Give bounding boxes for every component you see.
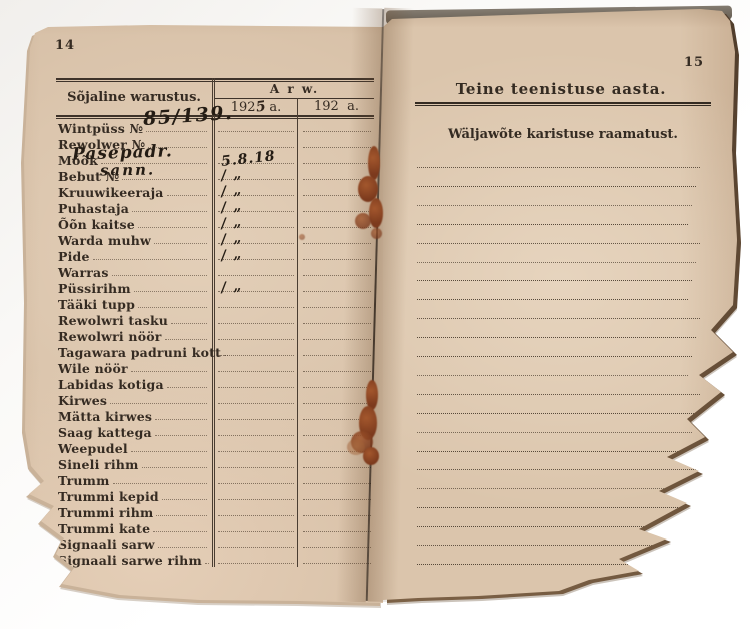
dotted-leader bbox=[162, 499, 207, 500]
table-row: Püssirihm/ „ bbox=[56, 279, 374, 295]
value-cell-year1 bbox=[212, 391, 297, 407]
item-label: Warda muhw bbox=[56, 234, 151, 247]
ruled-line bbox=[417, 280, 692, 281]
value-cell-year2 bbox=[297, 343, 374, 359]
value-cell-year2 bbox=[297, 247, 374, 263]
dotted-leader bbox=[205, 563, 209, 564]
ruled-line bbox=[417, 186, 696, 187]
value-cell-year1 bbox=[212, 311, 297, 327]
value-cell-year2 bbox=[297, 151, 374, 167]
item-label: Pide bbox=[56, 250, 90, 263]
ruled-line bbox=[417, 318, 700, 319]
value-cell-year1 bbox=[212, 471, 297, 487]
table-row: Sineli rihm bbox=[56, 455, 374, 471]
table-row: Trummi kate bbox=[56, 519, 374, 535]
rust-stain bbox=[368, 146, 380, 180]
dotted-leader bbox=[113, 483, 207, 484]
table-row: Wile nöör bbox=[56, 359, 374, 375]
table-row: Saag kattega bbox=[56, 423, 374, 439]
value-cell-year1 bbox=[212, 519, 297, 535]
item-label: Signaali sarwe rihm bbox=[56, 554, 202, 567]
rust-stain bbox=[369, 198, 383, 228]
value-cell-year1: / „ bbox=[212, 199, 297, 215]
item-label: Kirwes bbox=[56, 394, 107, 407]
value-cell-year1 bbox=[212, 487, 297, 503]
value-cell-year2 bbox=[297, 551, 374, 567]
table-row: Puhastaja/ „ bbox=[56, 199, 374, 215]
value-cell-year1: / „ bbox=[212, 167, 297, 183]
ruled-line bbox=[417, 337, 696, 338]
value-cell-year1 bbox=[212, 407, 297, 423]
dotted-leader bbox=[171, 323, 207, 324]
dotted-leader bbox=[131, 371, 207, 372]
item-label: Weepudel bbox=[56, 442, 128, 455]
handwritten-count: / „ bbox=[220, 246, 243, 264]
table-row: Rewolwri nöör bbox=[56, 327, 374, 343]
value-cell-year1 bbox=[212, 503, 297, 519]
item-label: Signaali sarw bbox=[56, 538, 155, 551]
dotted-leader bbox=[131, 451, 207, 452]
table-row: Warda muhw/ „ bbox=[56, 231, 374, 247]
value-cell-year1 bbox=[212, 423, 297, 439]
value-cell-year1: / „ bbox=[212, 183, 297, 199]
table-row: Kirwes bbox=[56, 391, 374, 407]
item-label: Trumm bbox=[56, 474, 110, 487]
value-cell-year1: 5.8.18 bbox=[212, 151, 297, 167]
dotted-leader bbox=[167, 387, 207, 388]
ruled-line bbox=[417, 413, 696, 414]
ruled-line bbox=[417, 432, 692, 433]
equipment-rows: Wintpüss №Rewolwer №Mõõk5.8.18Bebut №/ „… bbox=[56, 119, 374, 567]
value-cell-year2 bbox=[297, 135, 374, 151]
dotted-leader bbox=[154, 243, 207, 244]
value-cell-year2 bbox=[297, 391, 374, 407]
item-label: Sineli rihm bbox=[56, 458, 139, 471]
value-cell-year2 bbox=[297, 119, 374, 135]
dotted-leader bbox=[167, 195, 207, 196]
value-cell-year1 bbox=[212, 295, 297, 311]
table-row: Tagawara padruni kott bbox=[56, 343, 374, 359]
value-cell-year2 bbox=[297, 519, 374, 535]
table-row: Weepudel bbox=[56, 439, 374, 455]
rust-stain bbox=[347, 439, 365, 455]
value-cell-year1 bbox=[212, 375, 297, 391]
dotted-leader bbox=[165, 339, 207, 340]
table-row: Tääki tupp bbox=[56, 295, 374, 311]
ruled-line bbox=[417, 262, 696, 263]
value-cell-year1: / „ bbox=[212, 247, 297, 263]
dotted-leader bbox=[153, 531, 207, 532]
right-page-title: Teine teenistuse aasta. bbox=[430, 80, 692, 98]
value-cell-year2 bbox=[297, 487, 374, 503]
dotted-leader bbox=[155, 435, 207, 436]
item-label: Tagawara padruni kott bbox=[56, 346, 221, 359]
ruled-line bbox=[417, 205, 692, 206]
value-cell-year1 bbox=[212, 135, 297, 151]
title-double-rule bbox=[415, 102, 711, 106]
item-label: Puhastaja bbox=[56, 202, 129, 215]
handwritten-count: / „ bbox=[220, 278, 243, 296]
value-cell-year2 bbox=[297, 231, 374, 247]
dotted-leader bbox=[122, 179, 207, 180]
right-page-number: 15 bbox=[684, 55, 704, 70]
ruled-line bbox=[417, 356, 692, 357]
value-cell-year1 bbox=[212, 359, 297, 375]
value-cell-year1: / „ bbox=[212, 279, 297, 295]
dotted-leader bbox=[158, 547, 207, 548]
ruled-line bbox=[417, 375, 688, 376]
table-row: Õõn kaitse/ „ bbox=[56, 215, 374, 231]
item-label: Püssirihm bbox=[56, 282, 131, 295]
value-cell-year2 bbox=[297, 263, 374, 279]
right-page-subtitle: Wäljawõte karistuse raamatust. bbox=[415, 127, 711, 142]
table-row: Trummi kepid bbox=[56, 487, 374, 503]
item-label: Wile nöör bbox=[56, 362, 128, 375]
dotted-leader bbox=[93, 259, 207, 260]
value-cell-year2 bbox=[297, 471, 374, 487]
value-cell-year1 bbox=[212, 327, 297, 343]
handwritten-bebut-entry: sann. bbox=[100, 161, 156, 180]
ruled-line bbox=[417, 394, 700, 395]
table-label-header: Sõjaline warustus. bbox=[56, 90, 212, 105]
dotted-leader bbox=[138, 307, 207, 308]
item-label: Kruuwikeeraja bbox=[56, 186, 164, 199]
value-cell-year2 bbox=[297, 279, 374, 295]
handwritten-year-digit: 5 bbox=[254, 98, 266, 115]
ruled-line bbox=[417, 488, 696, 489]
table-row: Trumm bbox=[56, 471, 374, 487]
table-row: Warras bbox=[56, 263, 374, 279]
value-cell-year2 bbox=[297, 359, 374, 375]
rust-stain bbox=[371, 228, 382, 239]
item-label: Mätta kirwes bbox=[56, 410, 152, 423]
value-cell-year1 bbox=[212, 439, 297, 455]
ruled-line bbox=[417, 167, 700, 168]
table-row: Signaali sarwe rihm bbox=[56, 551, 374, 567]
ruled-line bbox=[417, 564, 696, 565]
value-cell-year1: / „ bbox=[212, 215, 297, 231]
table-row: Rewolwri tasku bbox=[56, 311, 374, 327]
value-cell-year2 bbox=[297, 327, 374, 343]
table-row: Kruuwikeeraja/ „ bbox=[56, 183, 374, 199]
table-row: Signaali sarw bbox=[56, 535, 374, 551]
rust-speck bbox=[299, 234, 305, 240]
table-row: Labidas kotiga bbox=[56, 375, 374, 391]
dotted-leader bbox=[110, 403, 207, 404]
left-page-number: 14 bbox=[55, 38, 75, 53]
rust-stain bbox=[355, 213, 371, 229]
dotted-leader bbox=[132, 211, 207, 212]
value-cell-year2 bbox=[297, 375, 374, 391]
ruled-line bbox=[417, 451, 688, 452]
dotted-leader bbox=[112, 275, 207, 276]
item-label: Labidas kotiga bbox=[56, 378, 164, 391]
dotted-leader bbox=[134, 291, 207, 292]
item-label: Trummi rihm bbox=[56, 506, 153, 519]
ruled-line bbox=[417, 224, 688, 225]
table-row: Pide/ „ bbox=[56, 247, 374, 263]
value-cell-year1 bbox=[212, 263, 297, 279]
value-cell-year2 bbox=[297, 311, 374, 327]
dotted-leader bbox=[138, 227, 207, 228]
item-label: Rewolwri tasku bbox=[56, 314, 168, 327]
table-row: Trummi rihm bbox=[56, 503, 374, 519]
scanned-booklet-spread: 14 Sõjaline warustus. A r w. 1925 a. 192… bbox=[0, 0, 750, 629]
item-label: Warras bbox=[56, 266, 109, 279]
rust-stain bbox=[363, 447, 379, 465]
table-count-header: A r w. bbox=[215, 82, 374, 96]
item-label: Wintpüss № bbox=[56, 122, 143, 135]
item-label: Trummi kepid bbox=[56, 490, 159, 503]
item-label: Saag kattega bbox=[56, 426, 152, 439]
value-cell-year2 bbox=[297, 503, 374, 519]
value-cell-year2 bbox=[297, 295, 374, 311]
ruled-line bbox=[417, 507, 692, 508]
ruled-line bbox=[417, 299, 688, 300]
value-cell-year1 bbox=[212, 535, 297, 551]
value-cell-year1 bbox=[212, 455, 297, 471]
ruled-line bbox=[417, 469, 700, 470]
year-column-2-header: 192 a. bbox=[299, 99, 374, 114]
ruled-line bbox=[417, 243, 700, 244]
item-label: Õõn kaitse bbox=[56, 218, 135, 231]
value-cell-year1 bbox=[212, 551, 297, 567]
item-label: Trummi kate bbox=[56, 522, 150, 535]
item-label: Tääki tupp bbox=[56, 298, 135, 311]
value-cell-year1: / „ bbox=[212, 231, 297, 247]
item-label: Rewolwri nöör bbox=[56, 330, 162, 343]
table-row: Mätta kirwes bbox=[56, 407, 374, 423]
dotted-leader bbox=[146, 131, 207, 132]
value-cell-year1 bbox=[212, 343, 297, 359]
dotted-leader bbox=[156, 515, 207, 516]
value-cell-year2 bbox=[297, 535, 374, 551]
dotted-leader bbox=[155, 419, 207, 420]
dotted-leader bbox=[142, 467, 207, 468]
